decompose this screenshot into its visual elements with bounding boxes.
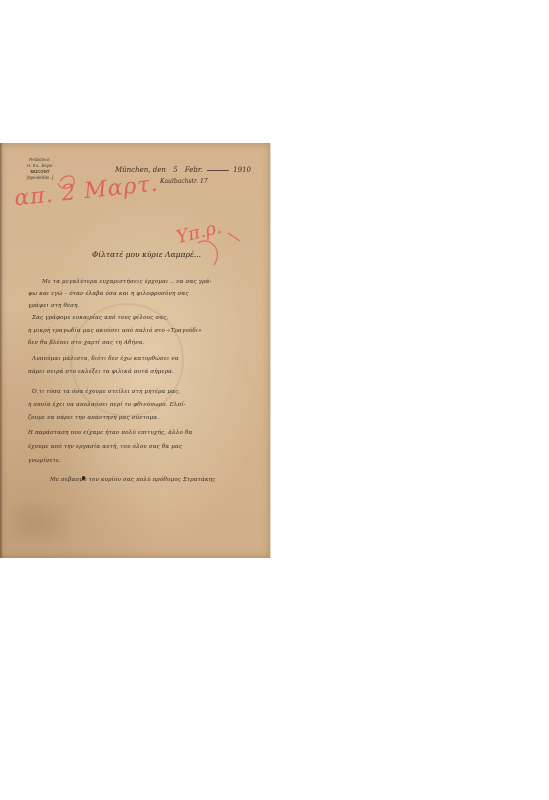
paper-stain — [8, 503, 68, 543]
body-line: ζουμε να πάρει την απάντησή μας σύντομα. — [28, 415, 159, 421]
body-line: Λυπούμαι μάλιστα, διότι δεν έχω κατορθώσ… — [32, 356, 179, 362]
body-line: η μικρή τραγωδία μας ακούσει από παλιό σ… — [28, 328, 202, 334]
body-line: πάρει σειρά στο εκλέξει τα φιλικά αυτά σ… — [28, 369, 174, 375]
body-line: Ό,τι τόσα τα όσα έχουμε στείλει στη μητέ… — [32, 389, 180, 395]
body-line: δεν θα βλέπει στο χαρτί σας τη Αθήνα. — [28, 340, 144, 346]
body-line: Η παράσταση που είχαμε ήταν πολύ επιτυχή… — [28, 430, 192, 436]
ink-blot — [82, 476, 85, 480]
body-line: γράψει στη θέση. — [28, 303, 80, 309]
body-line: Σας γράφομε ευκαιρίας από τους φίλους σα… — [32, 315, 168, 321]
body-line: ψω και εγώ – όταν έλαβα όσα και η φιλοφρ… — [28, 291, 189, 297]
closing-line: Με σεβασμό του κυρίου σας πολύ πρόθυμος … — [50, 477, 215, 483]
letter-body: Με τα μεγαλύτερα ευχαριστήσεις έρχομαι .… — [0, 143, 270, 558]
body-line: γνωρίσετε. — [28, 458, 61, 464]
body-line: Με τα μεγαλύτερα ευχαριστήσεις έρχομαι .… — [42, 279, 212, 285]
body-line: η οποία έχει να απολαύσει περί το φθινόπ… — [28, 402, 186, 408]
body-line: έχουμε από την εργασία αυτή, του όλου σα… — [28, 444, 182, 450]
letter-page: Redacteur: H. Ku...beyer MÜCONT (Speidel… — [0, 143, 271, 558]
